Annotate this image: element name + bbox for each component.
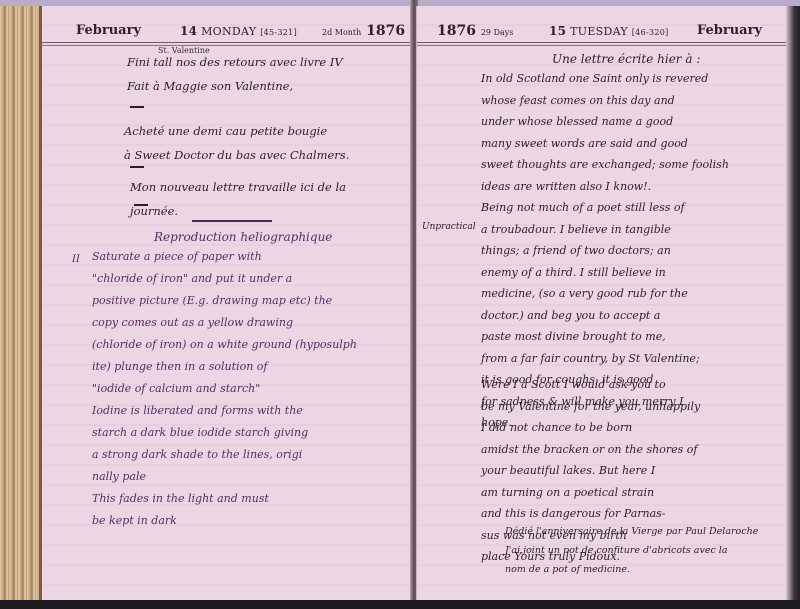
left-weekday: MONDAY [201,25,256,38]
book-cover-right-edge [786,6,800,602]
entry-1: Fini tall nos des retours avec livre IV … [127,51,397,98]
page-edges-left [0,6,42,602]
left-day-number: 14 [180,24,197,38]
left-page: February 14 MONDAY [45-321] 2d Month 187… [42,6,413,602]
right-header-month: February [697,23,762,38]
left-month-ordinal: 2d Month [322,28,361,37]
right-weekday: TUESDAY [570,25,628,38]
separator-dash-1 [130,106,144,108]
letter-title: Une lettre écrite hier à : [552,52,700,66]
right-page: 1876 29 Days 15 TUESDAY [46-320] Februar… [416,6,787,602]
right-day-number: 15 [549,24,566,38]
left-header-month: February [76,23,141,38]
separator-dash-2 [130,166,144,168]
right-header-day: 15 TUESDAY [46-320] [549,24,669,38]
right-year: 1876 [437,23,476,39]
margin-note: Unpractical [422,222,476,232]
diary-spread: February 14 MONDAY [45-321] 2d Month 187… [0,0,800,609]
recipe-body: Saturate a piece of paper with "chloride… [92,246,402,532]
separator-dash-3 [134,204,148,206]
book-cover-bottom-edge [0,600,800,609]
recipe-title-rule [192,220,272,222]
left-header-year: 2d Month 1876 [322,23,405,39]
right-days-note: 29 Days [481,28,514,37]
entry-2: Acheté une demi cau petite bougie à Swee… [124,120,404,167]
right-day-count: [46-320] [632,28,669,37]
recipe-marker: II [72,254,80,265]
footnote: Dédié l'anniversaire de la Vierge par Pa… [505,522,785,579]
right-page-header: 1876 29 Days 15 TUESDAY [46-320] Februar… [417,14,787,43]
left-day-count: [45-321] [260,28,297,37]
left-year: 1876 [366,23,405,39]
entry-3: Mon nouveau lettre travaille ici de la j… [130,176,400,223]
right-header-year: 1876 29 Days [437,23,513,39]
recipe-title: Reproduction heliographique [154,230,332,244]
left-page-header: February 14 MONDAY [45-321] 2d Month 187… [42,14,412,43]
left-header-day: 14 MONDAY [45-321] [180,24,297,38]
